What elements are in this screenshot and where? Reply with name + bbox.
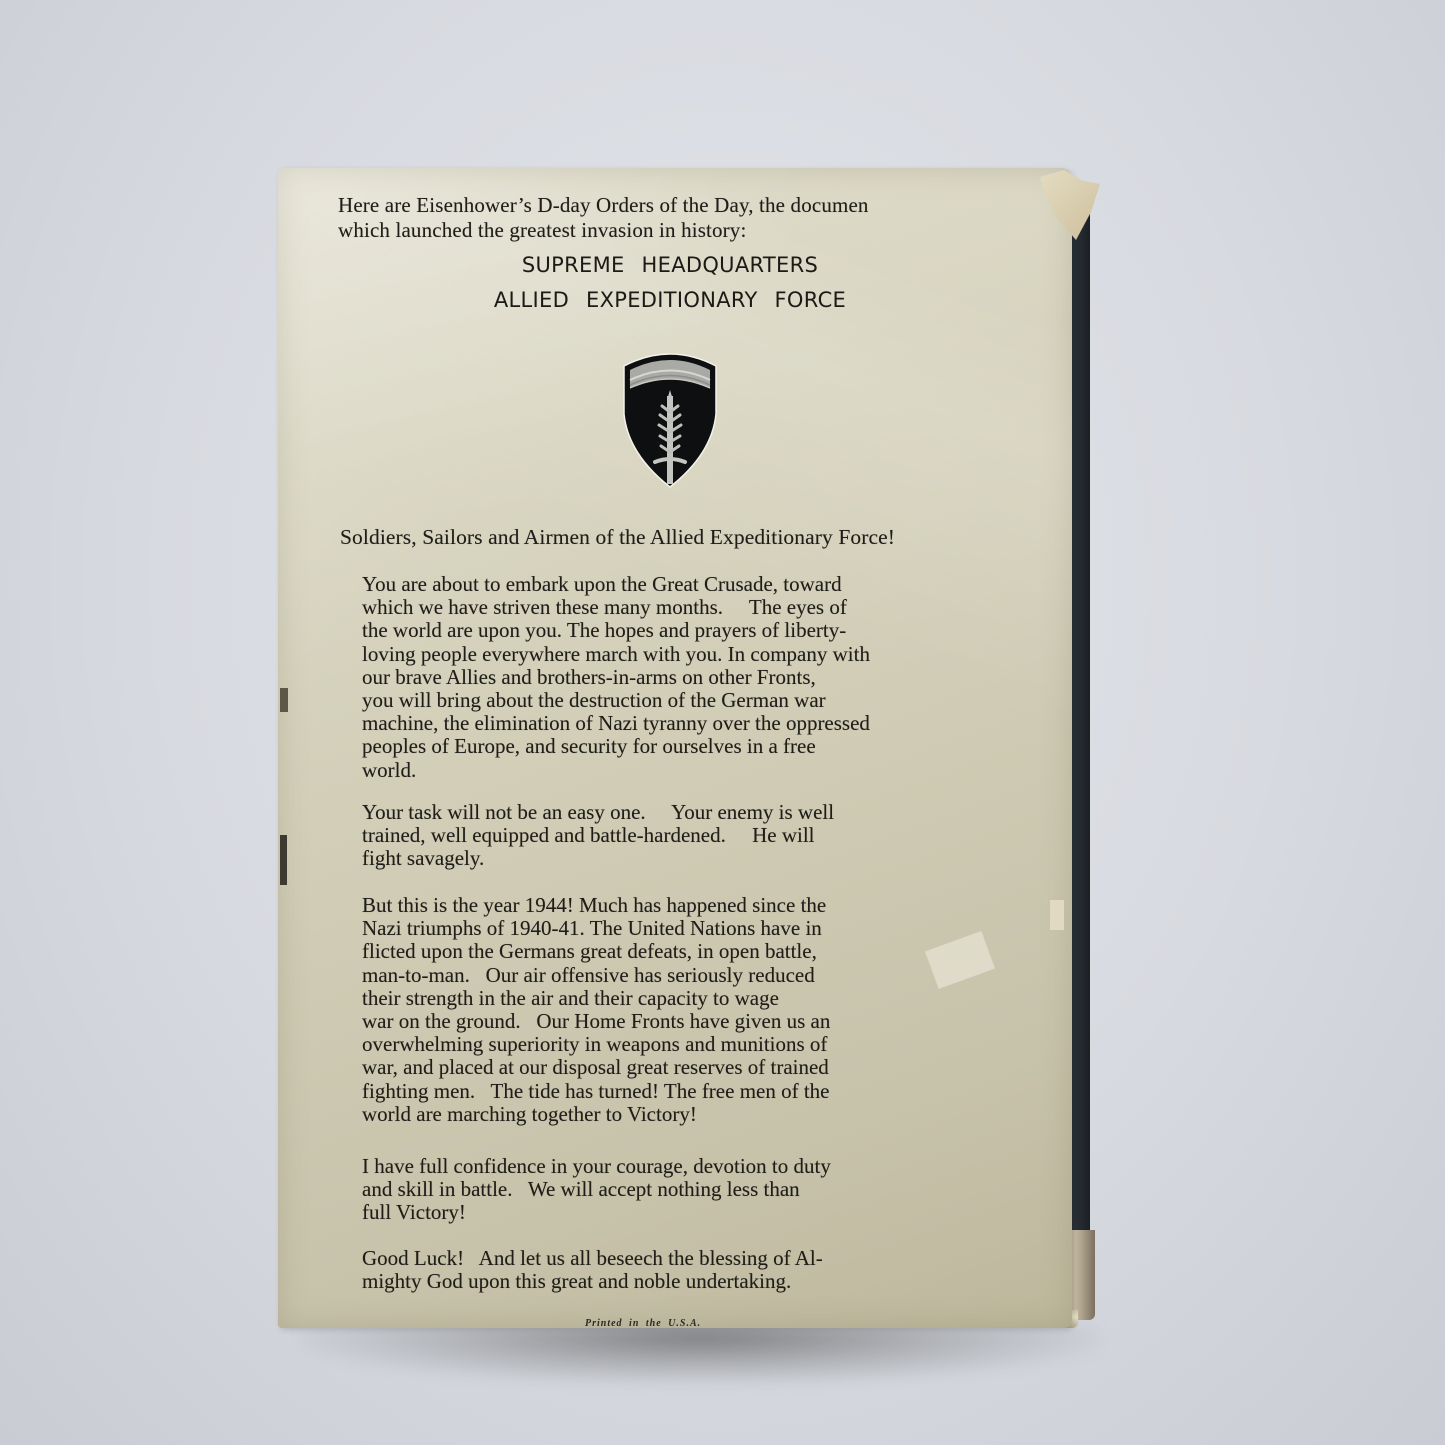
text-line: Good Luck! And let us all beseech the bl… [362,1247,1002,1270]
text-line: overwhelming superiority in weapons and … [362,1033,1002,1056]
salutation: Soldiers, Sailors and Airmen of the Alli… [340,525,895,550]
paragraph-2: Your task will not be an easy one. Your … [362,801,1002,871]
text-line: the world are upon you. The hopes and pr… [362,619,1002,642]
text-line: war on the ground. Our Home Fronts have … [362,1010,1002,1033]
text-line: war, and placed at our disposal great re… [362,1056,1002,1079]
text-line: and skill in battle. We will accept noth… [362,1178,1002,1201]
intro-line: which launched the greatest invasion in … [338,218,869,243]
paragraph-3: But this is the year 1944! Much has happ… [362,894,1002,1126]
text-line: But this is the year 1944! Much has happ… [362,894,1002,917]
book-shadow [300,1325,1100,1385]
text-line: fight savagely. [362,847,1002,870]
text-line: trained, well equipped and battle-harden… [362,824,1002,847]
heading-supreme-headquarters: SUPREME HEADQUARTERS [330,253,1010,277]
paragraph-5: Good Luck! And let us all beseech the bl… [362,1247,1002,1293]
text-line: you will bring about the destruction of … [362,689,1002,712]
edge-tear [280,835,287,885]
text-line: which we have striven these many months.… [362,596,1002,619]
paragraph-4: I have full confidence in your courage, … [362,1155,1002,1225]
text-line: full Victory! [362,1201,1002,1224]
text-line: mighty God upon this great and noble und… [362,1270,1002,1293]
text-line: flicted upon the Germans great defeats, … [362,940,1002,963]
heading-allied-expeditionary-force: ALLIED EXPEDITIONARY FORCE [330,288,1010,312]
text-line: their strength in the air and their capa… [362,987,1002,1010]
text-line: peoples of Europe, and security for ours… [362,735,1002,758]
shaef-insignia-icon [620,344,720,489]
text-line: machine, the elimination of Nazi tyranny… [362,712,1002,735]
paragraph-1: You are about to embark upon the Great C… [362,573,1002,782]
intro-text: Here are Eisenhower’s D-day Orders of th… [338,193,869,243]
text-line: man-to-man. Our air offensive has seriou… [362,964,1002,987]
text-line: I have full confidence in your courage, … [362,1155,1002,1178]
text-line: You are about to embark upon the Great C… [362,573,1002,596]
edge-tear [1050,900,1064,930]
edge-tear [280,688,288,712]
text-line: world. [362,759,1002,782]
text-line: Nazi triumphs of 1940-41. The United Nat… [362,917,1002,940]
text-line: fighting men. The tide has turned! The f… [362,1080,1002,1103]
intro-line: Here are Eisenhower’s D-day Orders of th… [338,193,869,218]
text-line: Your task will not be an easy one. Your … [362,801,1002,824]
text-line: loving people everywhere march with you.… [362,643,1002,666]
printed-in-usa-imprint: Printed in the U.S.A. [585,1318,701,1329]
text-line: our brave Allies and brothers-in-arms on… [362,666,1002,689]
text-line: world are marching together to Victory! [362,1103,1002,1126]
